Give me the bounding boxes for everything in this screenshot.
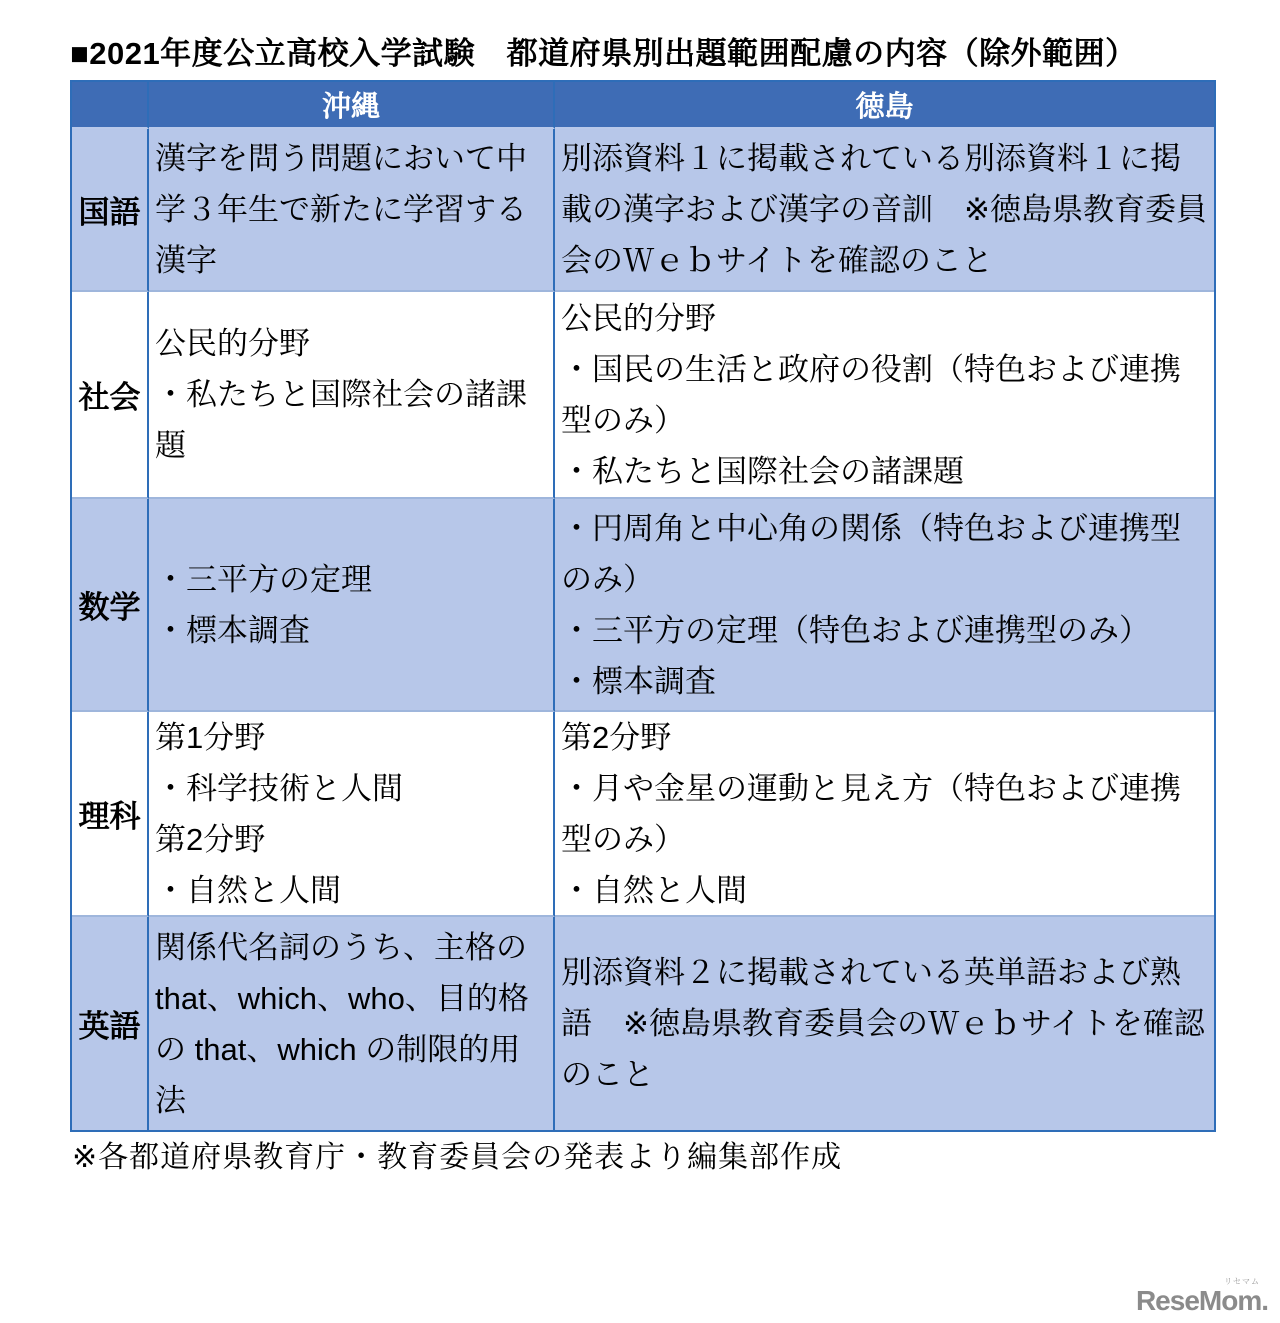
- row-sugaku-okinawa: ・三平方の定理 ・標本調査: [149, 499, 555, 712]
- cell-text: 別添資料１に掲載されている別添資料１に掲載の漢字および漢字の音訓 ※徳島県教育委…: [555, 133, 1214, 286]
- cell-text: 漢字を問う問題において中学３年生で新たに学習する漢字: [149, 133, 553, 286]
- cell-text: 公民的分野 ・私たちと国際社会の諸課題: [149, 318, 553, 471]
- header-cell-subject: [72, 82, 149, 129]
- page-title: ■2021年度公立高校入学試験 都道府県別出題範囲配慮の内容（除外範囲）: [70, 28, 1137, 73]
- row-eigo-okinawa: 関係代名詞のうち、主格の that、which、who、目的格の that、wh…: [149, 917, 555, 1130]
- cell-text: ・三平方の定理 ・標本調査: [149, 554, 378, 656]
- header-cell-okinawa: 沖縄: [149, 82, 555, 129]
- row-kokugo-subject: 国語: [72, 129, 149, 292]
- row-rika-okinawa: 第1分野 ・科学技術と人間 第2分野 ・自然と人間: [149, 712, 555, 917]
- row-eigo-subject: 英語: [72, 917, 149, 1130]
- source-footnote: ※各都道府県教育庁・教育委員会の発表より編集部作成: [72, 1132, 842, 1176]
- cell-text: 別添資料２に掲載されている英単語および熟語 ※徳島県教育委員会のＷｅｂサイトを確…: [555, 947, 1214, 1100]
- resemom-logo: リセマム ReseMom.: [1136, 1278, 1268, 1315]
- header-cell-tokushima: 徳島: [555, 82, 1214, 129]
- row-shakai-subject: 社会: [72, 292, 149, 499]
- row-shakai-tokushima: 公民的分野 ・国民の生活と政府の役割（特色および連携型のみ） ・私たちと国際社会…: [555, 292, 1214, 499]
- resemom-logo-text: ReseMom.: [1136, 1285, 1268, 1316]
- row-kokugo-okinawa: 漢字を問う問題において中学３年生で新たに学習する漢字: [149, 129, 555, 292]
- row-sugaku-tokushima: ・円周角と中心角の関係（特色および連携型のみ） ・三平方の定理（特色および連携型…: [555, 499, 1214, 712]
- row-rika-tokushima: 第2分野 ・月や金星の運動と見え方（特色および連携型のみ） ・自然と人間: [555, 712, 1214, 917]
- exam-range-table: 沖縄 徳島 国語 漢字を問う問題において中学３年生で新たに学習する漢字 別添資料…: [70, 80, 1216, 1132]
- cell-text: 第1分野 ・科学技術と人間 第2分野 ・自然と人間: [149, 712, 409, 916]
- row-sugaku-subject: 数学: [72, 499, 149, 712]
- cell-text: 関係代名詞のうち、主格の that、which、who、目的格の that、wh…: [149, 922, 553, 1126]
- row-rika-subject: 理科: [72, 712, 149, 917]
- cell-text: 公民的分野 ・国民の生活と政府の役割（特色および連携型のみ） ・私たちと国際社会…: [555, 293, 1214, 497]
- row-eigo-tokushima: 別添資料２に掲載されている英単語および熟語 ※徳島県教育委員会のＷｅｂサイトを確…: [555, 917, 1214, 1130]
- article-table-image: ■2021年度公立高校入学試験 都道府県別出題範囲配慮の内容（除外範囲） 沖縄 …: [0, 0, 1280, 1323]
- row-kokugo-tokushima: 別添資料１に掲載されている別添資料１に掲載の漢字および漢字の音訓 ※徳島県教育委…: [555, 129, 1214, 292]
- row-shakai-okinawa: 公民的分野 ・私たちと国際社会の諸課題: [149, 292, 555, 499]
- cell-text: ・円周角と中心角の関係（特色および連携型のみ） ・三平方の定理（特色および連携型…: [555, 503, 1214, 707]
- resemom-logo-ruby: リセマム: [1224, 1278, 1260, 1286]
- cell-text: 第2分野 ・月や金星の運動と見え方（特色および連携型のみ） ・自然と人間: [555, 712, 1214, 916]
